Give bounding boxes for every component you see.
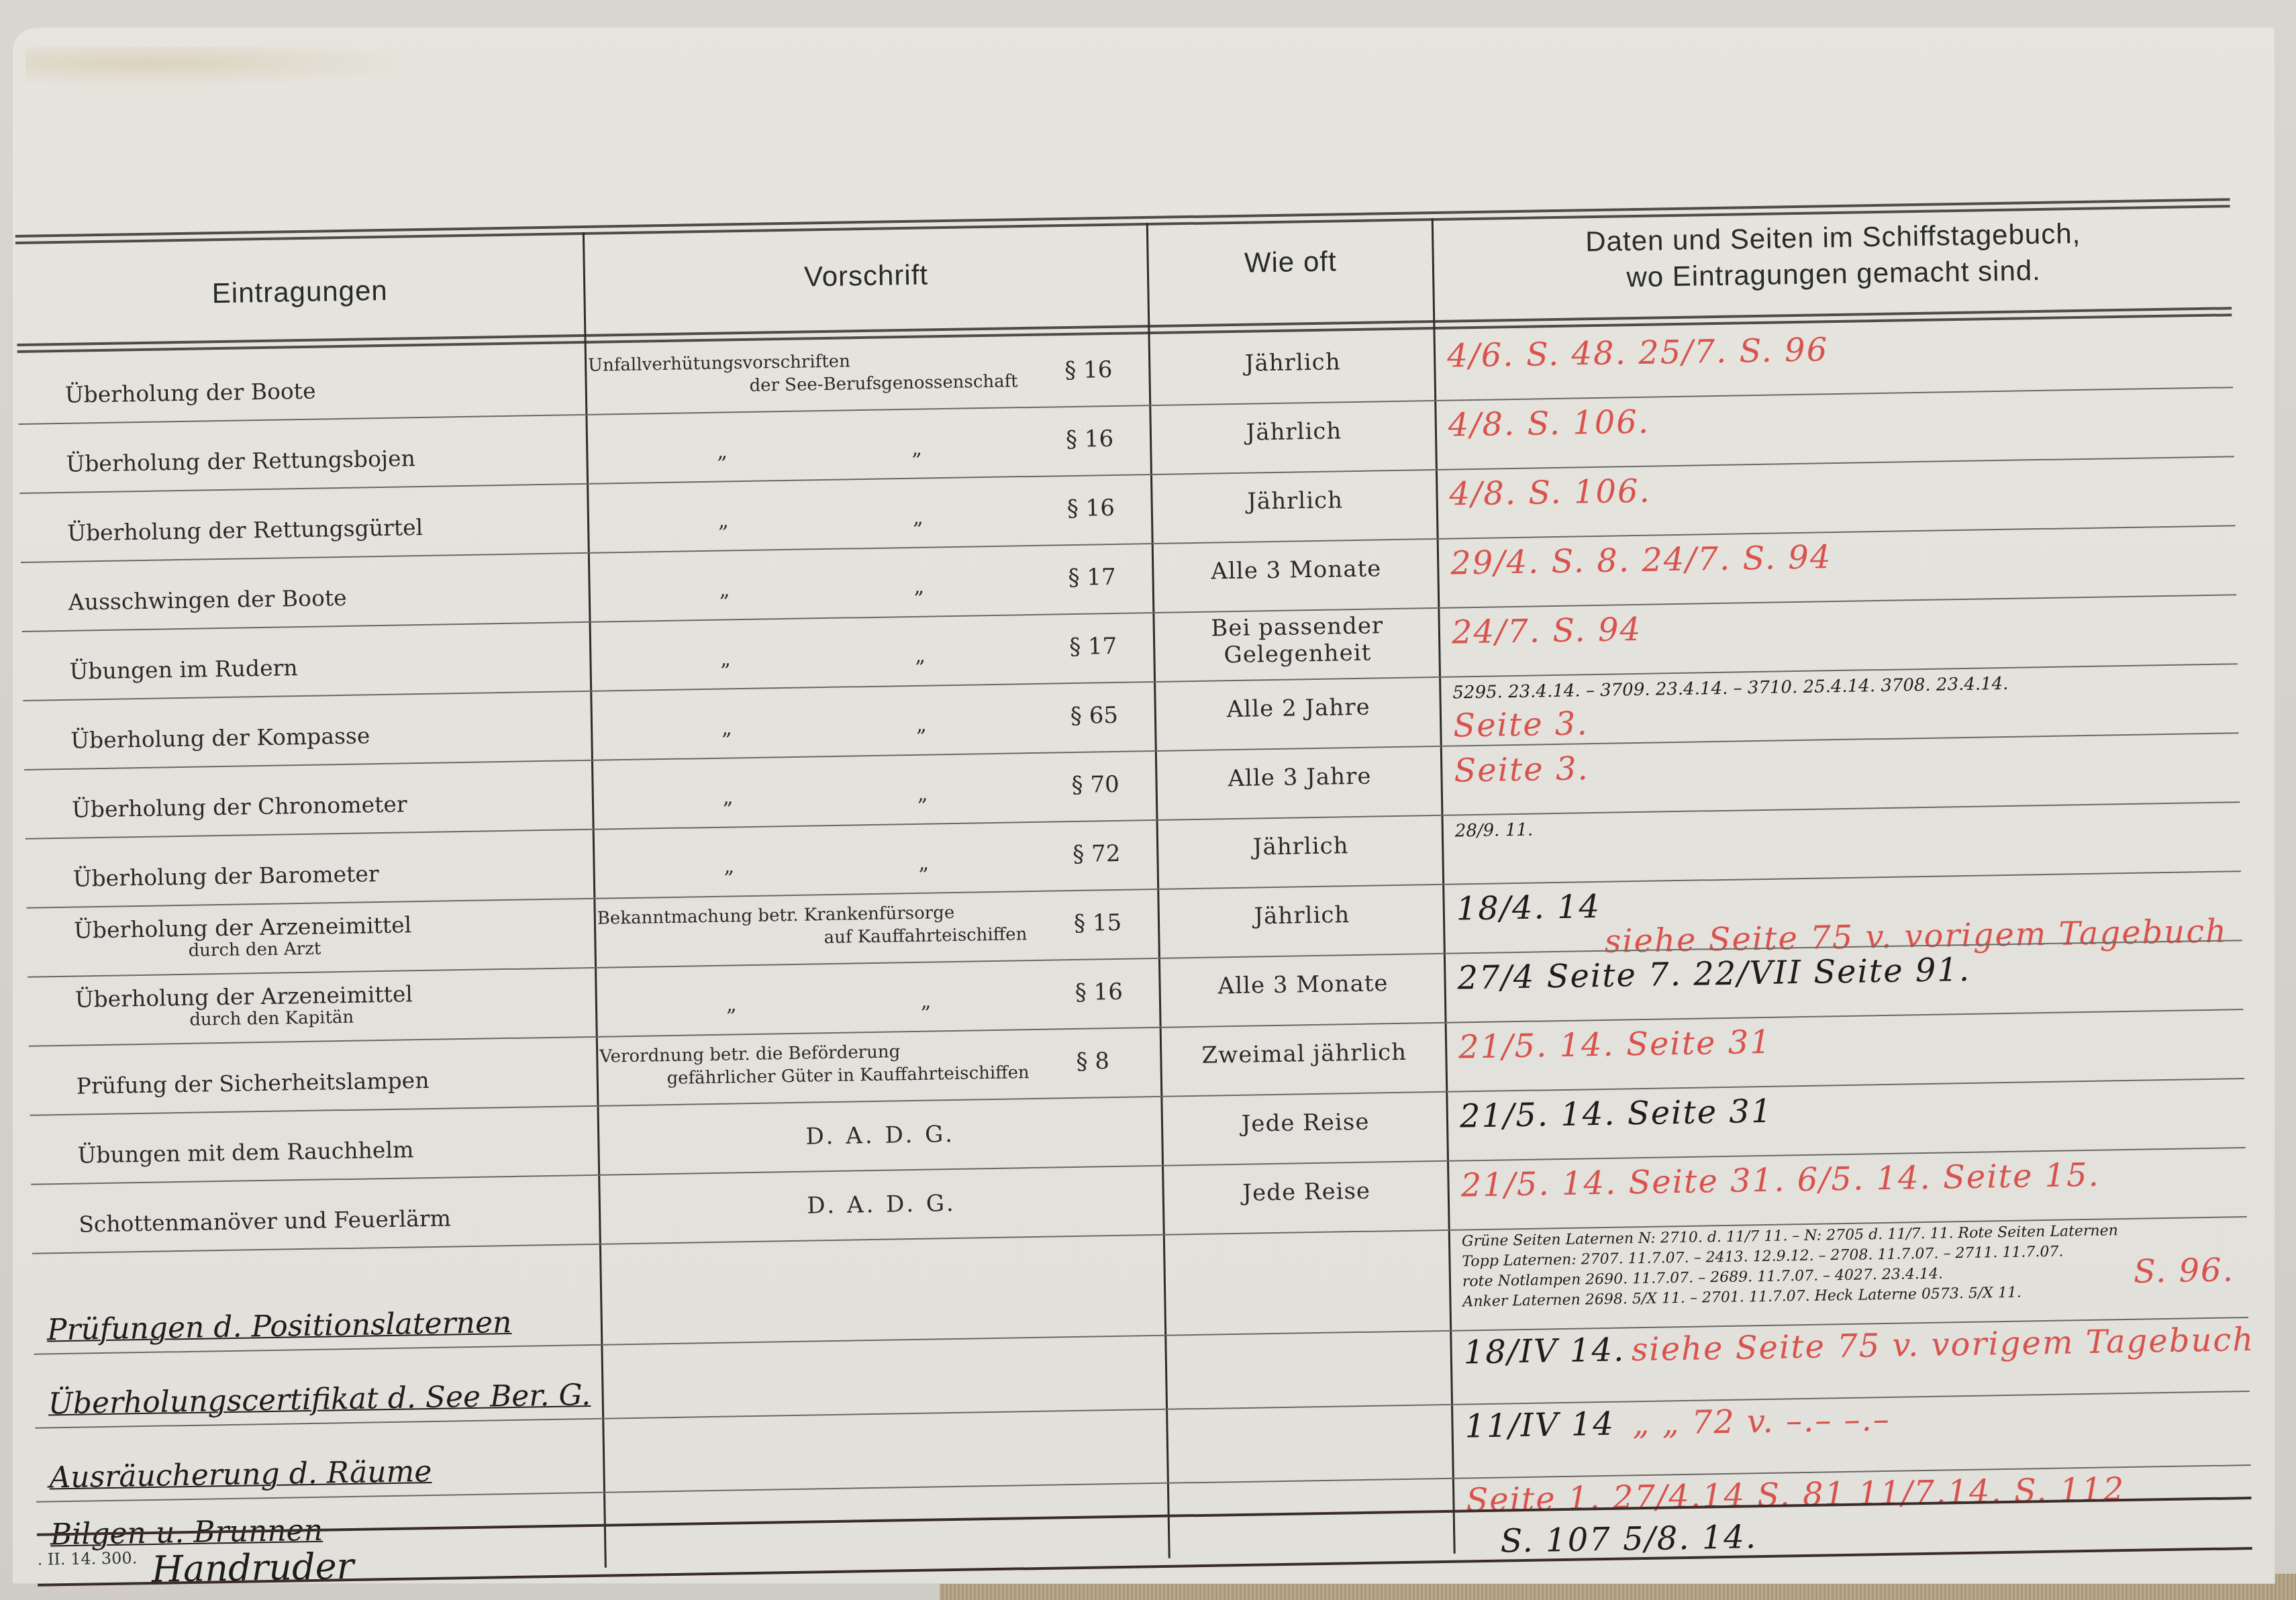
entry-label: Überholung der Arzeneimitteldurch den Ar…: [74, 911, 412, 962]
logbook-reference: siehe Seite 75 v. vorigem Tagebuch: [1631, 1321, 2254, 1368]
ditto-mark: „: [721, 716, 732, 740]
header-dates: Daten und Seiten im Schiffstagebuch, wo …: [1434, 213, 2234, 299]
regulation-text: D. A. D. G.: [601, 1187, 1163, 1223]
regulation-text: Verordnung betr. die Beförderunggefährli…: [599, 1038, 1083, 1091]
regulation-text: D. A. D. G.: [599, 1117, 1162, 1154]
paragraph-number: § 16: [1066, 494, 1148, 522]
logbook-reference: 28/9. 11.: [1455, 820, 1534, 842]
extra-note: S. 107 5/8. 14.: [1500, 1518, 1758, 1560]
frequency: Alle 2 Jahre: [1157, 693, 1440, 724]
print-imprint: . II. 14. 300.: [37, 1548, 137, 1568]
handwritten-entry: Überholungscertifikat d. See Ber. G.: [48, 1378, 591, 1421]
paragraph-number: § 17: [1069, 632, 1150, 660]
paper-stain: [26, 47, 428, 87]
frequency: Jede Reise: [1165, 1177, 1448, 1208]
ditto-mark: „: [921, 990, 932, 1013]
handwritten-entry: Prüfungen d. Positionslaternen: [46, 1305, 511, 1347]
entry-label: Prüfung der Sicherheitslampen: [77, 1067, 430, 1099]
ditto-mark: „: [913, 506, 924, 530]
entry-label: Überholung der Barometer: [72, 860, 379, 892]
logbook-form: Eintragungen Vorschrift Wie oft Daten un…: [15, 164, 2252, 1583]
frequency: Jährlich: [1152, 347, 1434, 379]
entry-label: Ausschwingen der Boote: [68, 585, 347, 615]
paragraph-number: § 15: [1074, 909, 1155, 937]
logbook-reference: 21/5. 14. Seite 31: [1458, 1023, 1772, 1066]
paragraph-number: § 8: [1076, 1047, 1157, 1075]
logbook-reference: „ „ 72 v. –.– –.–: [1632, 1401, 1891, 1442]
logbook-reference: 21/5. 14. Seite 31: [1459, 1093, 1773, 1136]
logbook-reference: 18/4. 14: [1456, 888, 1601, 928]
entry-label: Überholung der Chronometer: [72, 791, 407, 822]
entry-label: Übungen mit dem Rauchhelm: [77, 1136, 413, 1168]
ditto-mark: „: [918, 852, 929, 875]
ditto-mark: „: [717, 440, 728, 463]
paragraph-number: § 16: [1064, 356, 1146, 384]
entry-label: Überholung der Arzeneimitteldurch den Ka…: [74, 981, 413, 1031]
entry-label: Übungen im Rudern: [69, 654, 298, 685]
logbook-reference: 21/5. 14. Seite 31. 6/5. 14. Seite 15.: [1460, 1156, 2100, 1205]
ditto-mark: „: [911, 437, 922, 460]
frequency: Alle 3 Monate: [1162, 969, 1444, 1001]
logbook-reference: 5295. 23.4.14. – 3709. 23.4.14. – 3710. …: [1452, 674, 2009, 703]
logbook-reference: Seite 1. 27/4.14 S. 81 11/7.14. S. 112: [1466, 1470, 2126, 1519]
paragraph-number: § 72: [1072, 840, 1154, 868]
handwritten-entry: Ausräucherung d. Räume: [49, 1454, 432, 1495]
logbook-reference: 18/IV 14.: [1463, 1331, 1625, 1371]
ditto-mark: „: [913, 575, 924, 599]
logbook-reference: Seite 3.: [1453, 705, 1589, 744]
paragraph-number: § 16: [1066, 425, 1147, 453]
header-frequency: Wie oft: [1148, 242, 1432, 283]
header-regulation: Vorschrift: [585, 253, 1148, 299]
paragraph-number: § 17: [1068, 563, 1149, 591]
extra-entry-handruder: Handruder: [151, 1545, 354, 1591]
ditto-mark: „: [917, 783, 928, 806]
entry-label: Überholung der Rettungsbojen: [66, 445, 415, 477]
logbook-reference: 24/7. S. 94: [1451, 611, 1642, 652]
entry-label: Überholung der Rettungsgürtel: [67, 514, 423, 546]
logbook-reference: Seite 3.: [1454, 750, 1589, 789]
regulation-text: Unfallverhütungsvorschriftender See-Beru…: [588, 346, 1072, 400]
ditto-mark: „: [720, 647, 731, 670]
frequency: Alle 3 Monate: [1155, 554, 1438, 586]
logbook-reference: 4/8. S. 106.: [1449, 472, 1651, 513]
frequency: Jede Reise: [1164, 1107, 1447, 1139]
logbook-reference: 4/8. S. 106.: [1448, 403, 1650, 444]
logbook-reference: 4/6. S. 48. 25/7. S. 96: [1447, 331, 1829, 374]
ditto-mark: „: [723, 785, 734, 809]
ditto-mark: „: [726, 993, 737, 1016]
paragraph-number: § 65: [1070, 701, 1152, 730]
entry-label: Überholung der Boote: [64, 378, 315, 408]
ditto-mark: „: [916, 713, 927, 737]
ditto-mark: „: [718, 509, 729, 532]
logbook-reference: 29/4. S. 8. 24/7. S. 94: [1450, 538, 1832, 582]
logbook-reference: 27/4 Seite 7. 22/VII Seite 91.: [1457, 951, 1971, 997]
frequency: Bei passender Gelegenheit: [1156, 611, 1438, 670]
frequency: Zweimal jährlich: [1163, 1038, 1446, 1070]
ditto-mark: „: [723, 854, 734, 878]
logbook-reference: S. 96.: [2133, 1251, 2234, 1290]
frequency: Jährlich: [1154, 485, 1436, 517]
ditto-mark: „: [915, 644, 926, 668]
frequency: Jährlich: [1160, 831, 1442, 862]
header-entries: Eintragungen: [16, 269, 584, 315]
paragraph-number: § 70: [1071, 770, 1152, 799]
frequency: Jährlich: [1161, 900, 1444, 932]
regulation-text: Bekanntmachung betr. Krankenfürsorgeauf …: [597, 899, 1081, 953]
paragraph-number: § 16: [1075, 978, 1156, 1006]
logbook-reference: 11/IV 14: [1464, 1405, 1615, 1446]
ditto-mark: „: [719, 578, 730, 601]
frequency: Jährlich: [1153, 416, 1436, 448]
frequency: Alle 3 Jahre: [1158, 762, 1441, 793]
entry-label: Überholung der Kompasse: [70, 722, 370, 753]
entry-label: Schottenmanöver und Feuerlärm: [79, 1205, 451, 1237]
